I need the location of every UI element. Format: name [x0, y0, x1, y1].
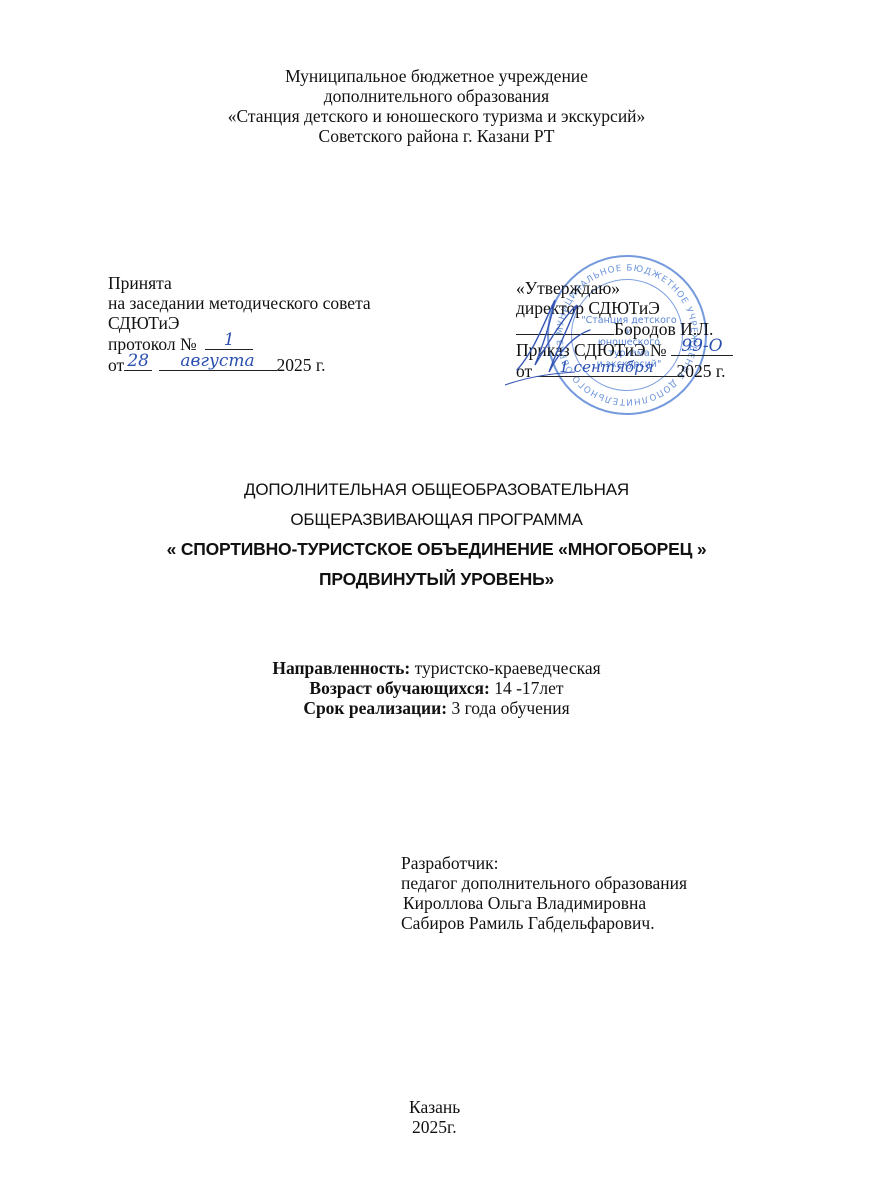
developer-name-2: Сабиров Рамиль Габдельфарович. [401, 913, 687, 933]
accepted-block: Принята на заседании методического совет… [108, 273, 371, 375]
approved-position: директор СДЮТиЭ [516, 298, 733, 318]
accepted-date-line: от28 августа2025 г. [108, 354, 371, 375]
date-prefix: от [108, 355, 124, 375]
term-label: Срок реализации: [303, 698, 447, 718]
program-meta: Направленность: туристско-краеведческая … [0, 658, 873, 718]
order-label: Приказ СДЮТиЭ № [516, 340, 667, 360]
program-title-line-2: ОБЩЕРАЗВИВАЮЩАЯ ПРОГРАММА [0, 510, 873, 539]
date-day-field: 28 [124, 354, 152, 371]
approved-title: «Утверждаю» [516, 278, 733, 298]
age-label: Возраст обучающихся: [309, 678, 489, 698]
direction-label: Направленность: [272, 658, 410, 678]
direction-row: Направленность: туристско-краеведческая [0, 658, 873, 678]
protocol-number-handwritten: 1 [205, 331, 253, 349]
direction-value: туристско-краеведческая [410, 658, 600, 678]
approved-date-year: 2025 г. [677, 361, 726, 381]
developer-label: Разработчик: [401, 853, 687, 873]
program-title-line-3: « СПОРТИВНО-ТУРИСТСКОЕ ОБЪЕДИНЕНИЕ «МНОГ… [0, 539, 873, 569]
date-month-handwritten: августа [159, 352, 277, 370]
footer-city: Казань [409, 1097, 460, 1117]
program-title-line-4: ПРОДВИНУТЫЙ УРОВЕНЬ» [0, 569, 873, 589]
date-day-handwritten: 28 [124, 352, 152, 370]
approved-date-prefix: от [516, 361, 532, 381]
protocol-number-field: 1 [205, 333, 253, 350]
accepted-org: СДЮТиЭ [108, 313, 371, 333]
header-line-1: Муниципальное бюджетное учреждение [0, 66, 873, 86]
developer-block: Разработчик: педагог дополнительного обр… [401, 853, 687, 933]
footer: Казань 2025г. [409, 1097, 460, 1137]
accepted-council: на заседании методического совета [108, 293, 371, 313]
approved-date-line: от 1 сентября 2025 г. [516, 360, 733, 381]
developer-role: педагог дополнительного образования [401, 873, 687, 893]
header-line-3: «Станция детского и юношеского туризма и… [0, 106, 873, 126]
date-month-field: августа [159, 354, 277, 371]
developer-name-1: Кироллова Ольга Владимировна [401, 893, 687, 913]
date-year: 2025 г. [277, 355, 326, 375]
approved-block: «Утверждаю» директор СДЮТиЭ Бородов И.Л.… [516, 278, 733, 381]
order-number-field: 99-О [671, 339, 733, 356]
header-line-4: Советского района г. Казани РТ [0, 126, 873, 146]
program-title: ДОПОЛНИТЕЛЬНАЯ ОБЩЕОБРАЗОВАТЕЛЬНАЯ ОБЩЕР… [0, 480, 873, 589]
approved-date-field: 1 сентября [537, 360, 677, 377]
term-value: 3 года обучения [447, 698, 570, 718]
signature-field [516, 318, 614, 335]
footer-year: 2025г. [409, 1117, 460, 1137]
order-line: Приказ СДЮТиЭ № 99-О [516, 339, 733, 360]
term-row: Срок реализации: 3 года обучения [0, 698, 873, 718]
program-title-line-1: ДОПОЛНИТЕЛЬНАЯ ОБЩЕОБРАЗОВАТЕЛЬНАЯ [0, 480, 873, 510]
order-number-handwritten: 99-О [671, 337, 733, 355]
accepted-title: Принята [108, 273, 371, 293]
header-line-2: дополнительного образования [0, 86, 873, 106]
institution-header: Муниципальное бюджетное учреждение допол… [0, 66, 873, 146]
age-value: 14 -17лет [490, 678, 564, 698]
age-row: Возраст обучающихся: 14 -17лет [0, 678, 873, 698]
approved-date-handwritten: 1 сентября [537, 358, 677, 376]
